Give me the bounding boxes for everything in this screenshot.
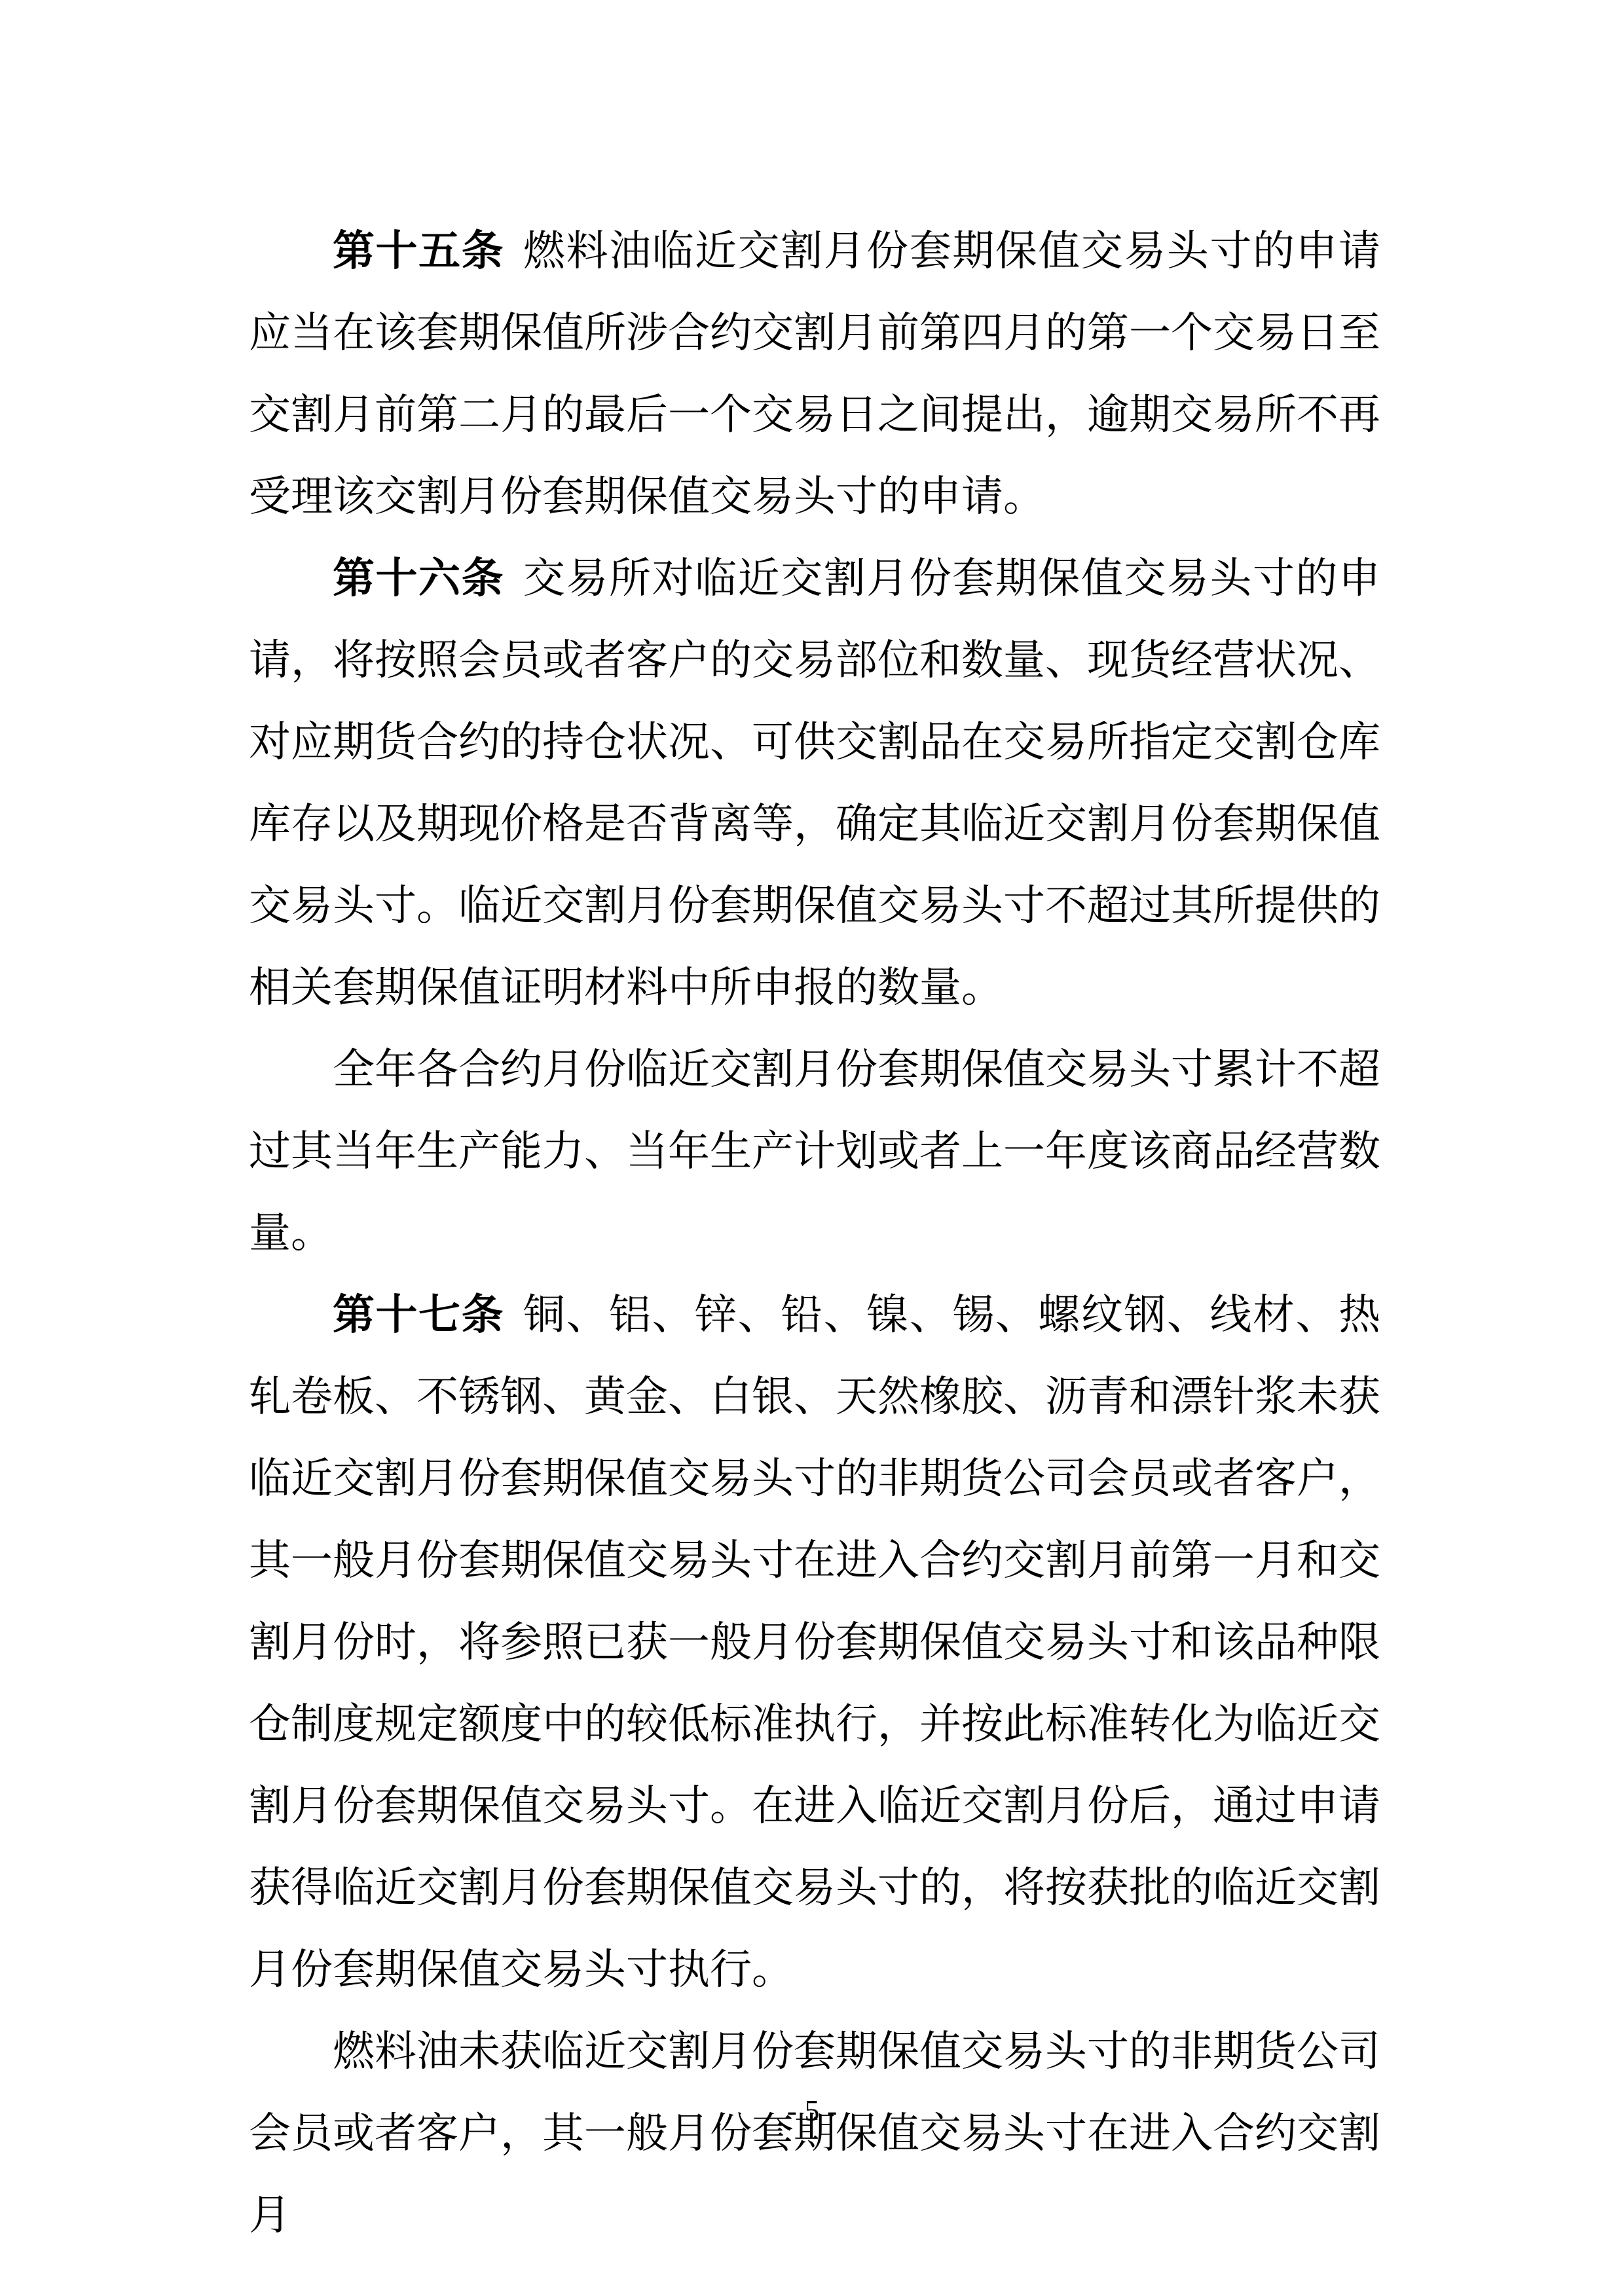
paragraph-article-17: 第十七条铜、铝、锌、铅、镍、锡、螺纹钢、线材、热轧卷板、不锈钢、黄金、白银、天然… <box>249 1274 1380 2011</box>
article-16-number: 第十六条 <box>333 555 504 602</box>
page-number: - 5 - <box>0 2092 1624 2128</box>
paragraph-annual-limit: 全年各合约月份临近交割月份套期保值交易头寸累计不超过其当年生产能力、当年生产计划… <box>249 1029 1380 1274</box>
document-body: 第十五条燃料油临近交割月份套期保值交易头寸的申请应当在该套期保值所涉合约交割月前… <box>249 210 1380 2256</box>
document-page: 第十五条燃料油临近交割月份套期保值交易头寸的申请应当在该套期保值所涉合约交割月前… <box>0 0 1624 2296</box>
article-16-text: 交易所对临近交割月份套期保值交易头寸的申请，将按照会员或者客户的交易部位和数量、… <box>249 555 1380 1011</box>
paragraph-article-16: 第十六条交易所对临近交割月份套期保值交易头寸的申请，将按照会员或者客户的交易部位… <box>249 538 1380 1029</box>
article-15-number: 第十五条 <box>333 228 504 274</box>
paragraph-article-15: 第十五条燃料油临近交割月份套期保值交易头寸的申请应当在该套期保值所涉合约交割月前… <box>249 210 1380 538</box>
paragraph-fuel-oil: 燃料油未获临近交割月份套期保值交易头寸的非期货公司会员或者客户，其一般月份套期保… <box>249 2011 1380 2256</box>
article-17-text: 铜、铝、锌、铅、镍、锡、螺纹钢、线材、热轧卷板、不锈钢、黄金、白银、天然橡胶、沥… <box>249 1292 1380 1993</box>
annual-limit-text: 全年各合约月份临近交割月份套期保值交易头寸累计不超过其当年生产能力、当年生产计划… <box>249 1046 1380 1256</box>
article-17-number: 第十七条 <box>333 1292 504 1338</box>
fuel-oil-text: 燃料油未获临近交割月份套期保值交易头寸的非期货公司会员或者客户，其一般月份套期保… <box>249 2028 1380 2238</box>
